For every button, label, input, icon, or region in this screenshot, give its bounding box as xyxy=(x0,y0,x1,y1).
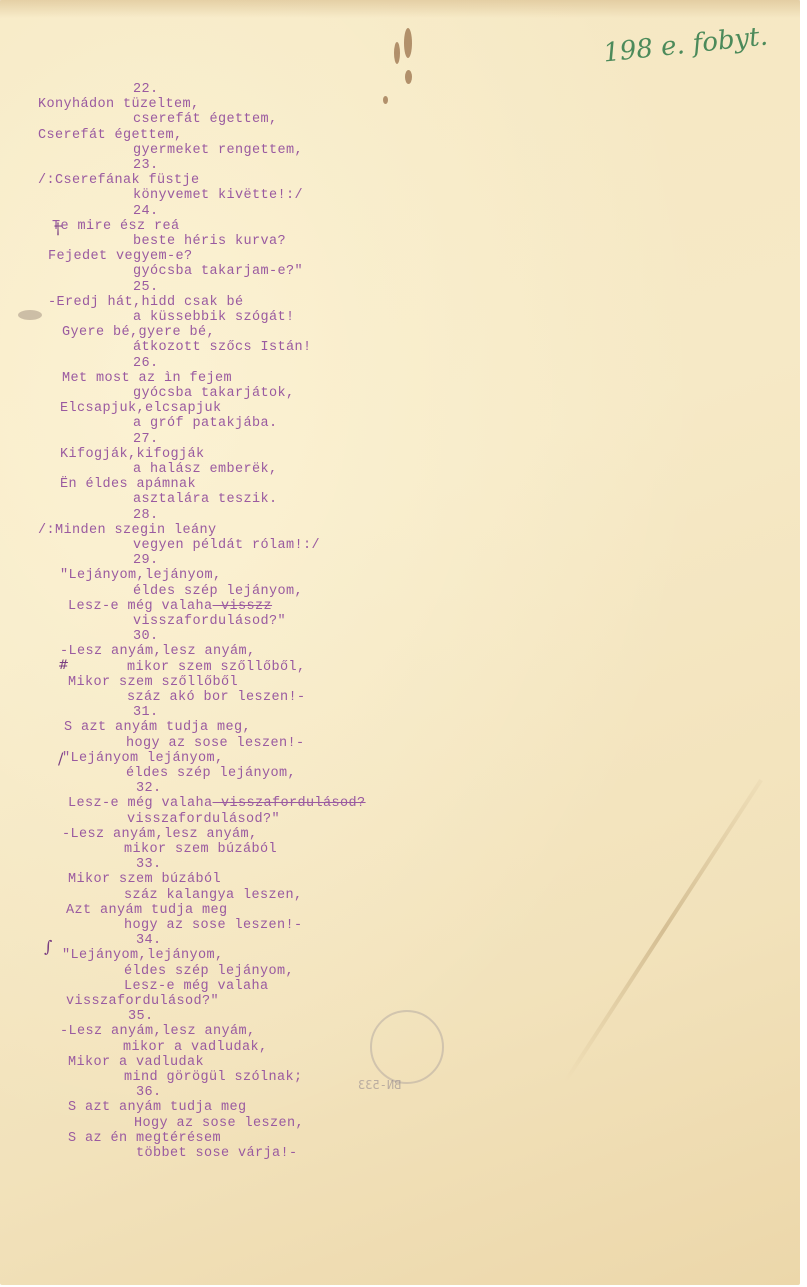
poem-line: "Lejányom,lejányom, xyxy=(60,568,222,583)
archive-stamp xyxy=(370,1010,444,1084)
poem-line: a gróf patakjába. xyxy=(133,416,278,431)
poem-line: átkozott szőcs Istán! xyxy=(133,340,312,355)
poem-line: -Lesz anyám,lesz anyám, xyxy=(60,1024,256,1039)
margin-mark-integral: ∫ xyxy=(44,937,52,956)
struck-text: visszz xyxy=(213,599,273,614)
poem-line: Mikor a vadludak xyxy=(68,1055,204,1070)
stanza-number: 32. xyxy=(136,781,162,796)
stanza-number: 27. xyxy=(133,432,159,447)
poem-line: Ën éldes apámnak xyxy=(60,477,196,492)
stanza-number: 35. xyxy=(128,1009,154,1024)
poem-line: többet sose várja!- xyxy=(136,1146,298,1161)
poem-line: visszafordulásod?" xyxy=(133,614,286,629)
poem-line: Konyhádon tüzeltem, xyxy=(38,97,200,112)
poem-line: vegyen példát rólam!:/ xyxy=(133,538,320,553)
poem-line: S azt anyám tudja meg, xyxy=(64,720,251,735)
poem-line: gyócsba takarjam-e?" xyxy=(133,264,303,279)
paper-sheet: 198 e. fobyt. BN-533 22.Konyhádon tüzelt… xyxy=(0,0,800,1285)
poem-line: éldes szép lejányom, xyxy=(133,584,303,599)
poem-line: Lesz-e még valaha xyxy=(124,979,269,994)
poem-line: Azt anyám tudja meg xyxy=(66,903,228,918)
poem-line: "Lejányom,lejányom, xyxy=(62,948,224,963)
ink-stain xyxy=(394,42,400,64)
margin-mark-slash: / xyxy=(58,749,63,768)
poem-line: éldes szép lejányom, xyxy=(126,766,296,781)
handwritten-note: 198 e. fobyt. xyxy=(602,21,769,68)
poem-line: /:Cserefának füstje xyxy=(38,173,200,188)
ink-stain xyxy=(383,96,388,104)
poem-line: visszafordulásod?" xyxy=(66,994,219,1009)
stanza-number: 22. xyxy=(133,82,159,97)
poem-line: Hogy az sose leszen, xyxy=(134,1116,304,1131)
poem-line: gyermeket rengettem, xyxy=(133,143,303,158)
paper-fold xyxy=(563,779,762,1083)
poem-line: Met most az ìn fejem xyxy=(62,371,232,386)
poem-line: cserefát égettem, xyxy=(133,112,278,127)
stanza-number: 28. xyxy=(133,508,159,523)
ink-stain xyxy=(404,28,412,58)
poem-line: Lesz-e még valaha visszafordulásod? xyxy=(68,796,366,811)
poem-line: -Lesz anyám,lesz anyám, xyxy=(60,644,256,659)
ink-stain xyxy=(405,70,412,84)
poem-line: száz akó bor leszen!- xyxy=(127,690,306,705)
stanza-number: 23. xyxy=(133,158,159,173)
stanza-number: 29. xyxy=(133,553,159,568)
poem-line: mind görögül szólnak; xyxy=(124,1070,303,1085)
poem-line: száz kalangya leszen, xyxy=(124,888,303,903)
smudge xyxy=(18,310,42,320)
poem-line: éldes szép lejányom, xyxy=(124,964,294,979)
poem-line: Kifogják,kifogják xyxy=(60,447,205,462)
poem-line: a küssebbik szógát! xyxy=(133,310,295,325)
poem-line: mikor szem szőllőből, xyxy=(127,660,306,675)
poem-line: S azt anyám tudja meg xyxy=(68,1100,247,1115)
poem-line: a halász emberëk, xyxy=(133,462,278,477)
poem-line: visszafordulásod?" xyxy=(127,812,280,827)
poem-line: Lesz-e még valaha visszz xyxy=(68,599,272,614)
stanza-number: 30. xyxy=(133,629,159,644)
poem-line: S az én megtérésem xyxy=(68,1131,221,1146)
poem-line: Elcsapjuk,elcsapjuk xyxy=(60,401,222,416)
poem-line: Te mire ész reá xyxy=(52,219,180,234)
poem-line: "Lejányom lejányom, xyxy=(62,751,224,766)
poem-line: hogy az sose leszen!- xyxy=(126,736,305,751)
poem-line: Fejedet vegyem-e? xyxy=(48,249,193,264)
stanza-number: 25. xyxy=(133,280,159,295)
poem-line: -Eredj hát,hidd csak bé xyxy=(48,295,244,310)
poem-line: Cserefát égettem, xyxy=(38,128,183,143)
stanza-number: 36. xyxy=(136,1085,162,1100)
stanza-number: 26. xyxy=(133,356,159,371)
poem-line: -Lesz anyám,lesz anyám, xyxy=(62,827,258,842)
poem-line: beste héris kurva? xyxy=(133,234,286,249)
poem-line: hogy az sose leszen!- xyxy=(124,918,303,933)
poem-line: mikor szem búzából xyxy=(124,842,277,857)
poem-line: könyvemet kivëtte!:/ xyxy=(133,188,303,203)
poem-line: gyócsba takarjátok, xyxy=(133,386,295,401)
margin-mark-hash: # xyxy=(58,658,69,673)
poem-line: asztalára teszik. xyxy=(133,492,278,507)
struck-text: visszafordulásod? xyxy=(213,796,366,811)
stamp-number: BN-533 xyxy=(358,1078,401,1092)
poem-line: Mikor szem szőllőből xyxy=(68,675,238,690)
poem-line: Mikor szem búzából xyxy=(68,872,221,887)
poem-line: Gyere bé,gyere bé, xyxy=(62,325,215,340)
stanza-number: 33. xyxy=(136,857,162,872)
margin-mark-cross: † xyxy=(54,219,62,238)
poem-line: /:Minden szegin leány xyxy=(38,523,217,538)
poem-line: mikor a vadludak, xyxy=(123,1040,268,1055)
stanza-number: 31. xyxy=(133,705,159,720)
stanza-number: 24. xyxy=(133,204,159,219)
stanza-number: 34. xyxy=(136,933,162,948)
